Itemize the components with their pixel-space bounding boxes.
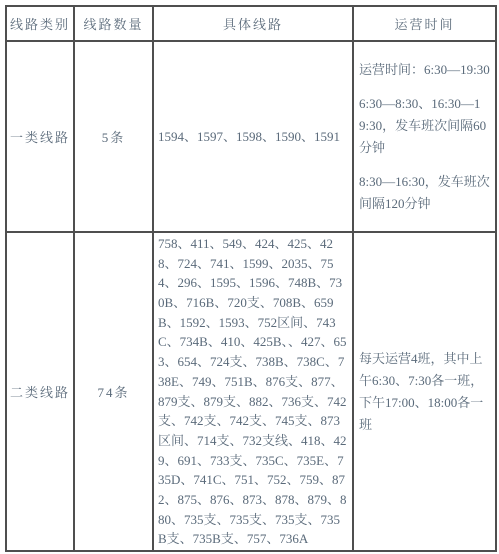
count-cell: 74条 [74,232,153,551]
schedule-cell: 每天运营4班，其中上午6:30、7:30各一班，下午17:00、18:00各一班 [353,232,496,551]
header-line-count: 线路数量 [74,6,153,41]
category-cell: 二类线路 [6,232,74,551]
lines-cell: 1594、1597、1598、1590、1591 [153,41,353,232]
bus-lines-table: 线路类别 线路数量 具体线路 运营时间 一类线路 5条 1594、1597、15… [5,5,497,552]
category-cell: 一类线路 [6,41,74,232]
lines-cell: 758、411、549、424、425、428、724、741、1599、203… [153,232,353,551]
table-row-class2: 二类线路 74条 758、411、549、424、425、428、724、741… [6,232,496,551]
schedule-paragraph: 运营时间：6:30—19:30 [359,59,490,81]
schedule-paragraph: 8:30—16:30，发车班次间隔120分钟 [359,171,490,215]
header-specific-lines: 具体线路 [153,6,353,41]
header-row: 线路类别 线路数量 具体线路 运营时间 [6,6,496,41]
table-row-class1: 一类线路 5条 1594、1597、1598、1590、1591 运营时间：6:… [6,41,496,232]
schedule-cell: 运营时间：6:30—19:30 6:30—8:30、16:30—19:30，发车… [353,41,496,232]
count-cell: 5条 [74,41,153,232]
schedule-paragraph: 每天运营4班，其中上午6:30、7:30各一班，下午17:00、18:00各一班 [359,348,490,436]
header-line-category: 线路类别 [6,6,74,41]
header-operating-hours: 运营时间 [353,6,496,41]
schedule-paragraph: 6:30—8:30、16:30—19:30，发车班次间隔60分钟 [359,93,490,159]
document-page: 线路类别 线路数量 具体线路 运营时间 一类线路 5条 1594、1597、15… [0,0,499,554]
